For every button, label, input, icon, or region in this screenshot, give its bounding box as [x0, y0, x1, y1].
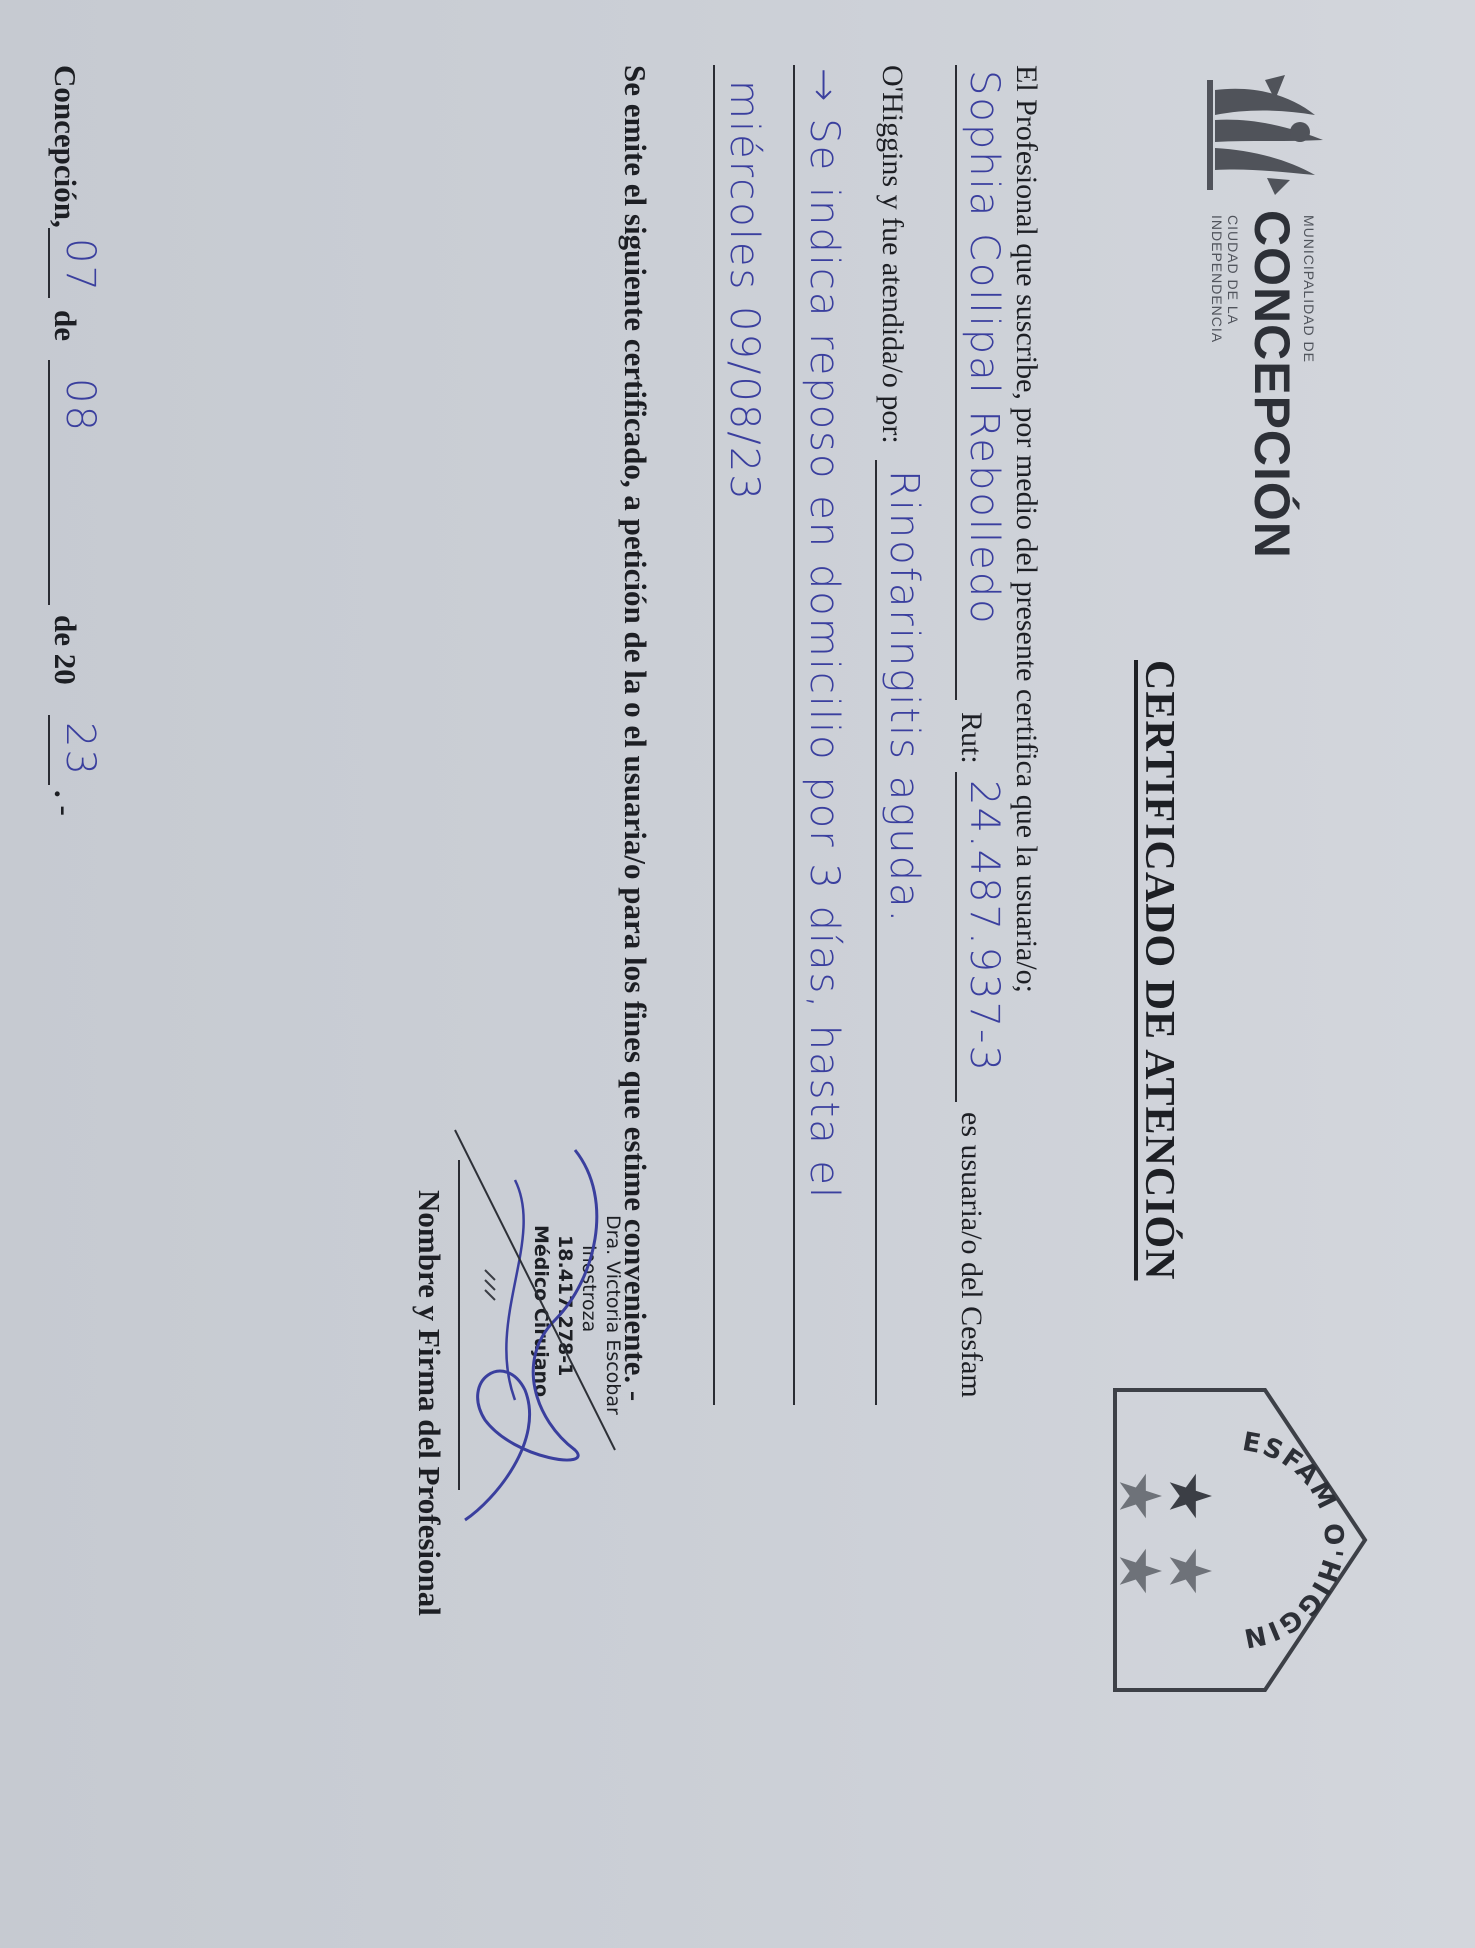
svg-text:★: ★ [1107, 1545, 1172, 1597]
indication-underline-1 [793, 65, 795, 1405]
indication-underline-2 [713, 65, 715, 1405]
attended-label: O'Higgins y fue atendida/o por: [875, 65, 909, 444]
intro-text: El Profesional que suscribe, por medio d… [1009, 65, 1043, 993]
document-title: CERTIFICADO DE ATENCIÓN [1135, 660, 1183, 1281]
date-of-label-2: de 20 [47, 615, 83, 685]
rut-label: Rut: [954, 712, 988, 764]
cesfam-house-icon: CESFAM O'HIGGINS ★ ★ ★ ★ [1105, 1370, 1385, 1710]
cesfam-logo: CESFAM O'HIGGINS ★ ★ ★ ★ [1105, 1370, 1385, 1710]
handwritten-signature [435, 1120, 635, 1540]
municipality-prefix: MUNICIPALIDAD DE [1301, 215, 1317, 363]
indication-line-1: → Se indica reposo en domicilio por 3 dí… [801, 68, 847, 1200]
svg-text:★: ★ [1107, 1470, 1172, 1522]
line2-suffix: es usuaria/o del Cesfam [954, 1112, 988, 1398]
signature-label: Nombre y Firma del Profesional [411, 1190, 447, 1616]
day-underline [48, 228, 50, 298]
rut-underline [955, 772, 957, 1102]
date-end-mark: . - [47, 790, 83, 816]
svg-text:CESFAM O'HIGGINS: CESFAM O'HIGGINS [1240, 1370, 1385, 1653]
date-day: 07 [57, 238, 103, 293]
date-month: 08 [57, 378, 103, 433]
city-label: Concepción, [47, 65, 83, 228]
patient-name: Sophia Collipal Rebolledo [961, 70, 1007, 626]
diagnosis-underline [875, 460, 877, 1405]
signature-line [458, 1160, 460, 1490]
municipality-logo: MUNICIPALIDAD DE CONCEPCIÓN CIUDAD DE LA… [1195, 70, 1345, 450]
name-underline [955, 65, 957, 700]
date-of-label-1: de [47, 310, 83, 341]
date-year: 23 [57, 722, 103, 777]
diagnosis: Rinofaringitis aguda. [881, 470, 927, 924]
year-underline [48, 715, 50, 785]
rut-value: 24.487.937-3 [961, 780, 1007, 1073]
municipality-tagline: CIUDAD DE LA INDEPENDENCIA [1209, 215, 1241, 450]
month-underline [48, 360, 50, 605]
indication-line-2: miércoles 09/08/23 [721, 80, 767, 502]
certificate-paper: MUNICIPALIDAD DE CONCEPCIÓN CIUDAD DE LA… [0, 0, 1475, 1948]
municipality-emblem-icon [1195, 70, 1345, 200]
municipality-name: CONCEPCIÓN [1243, 210, 1301, 559]
